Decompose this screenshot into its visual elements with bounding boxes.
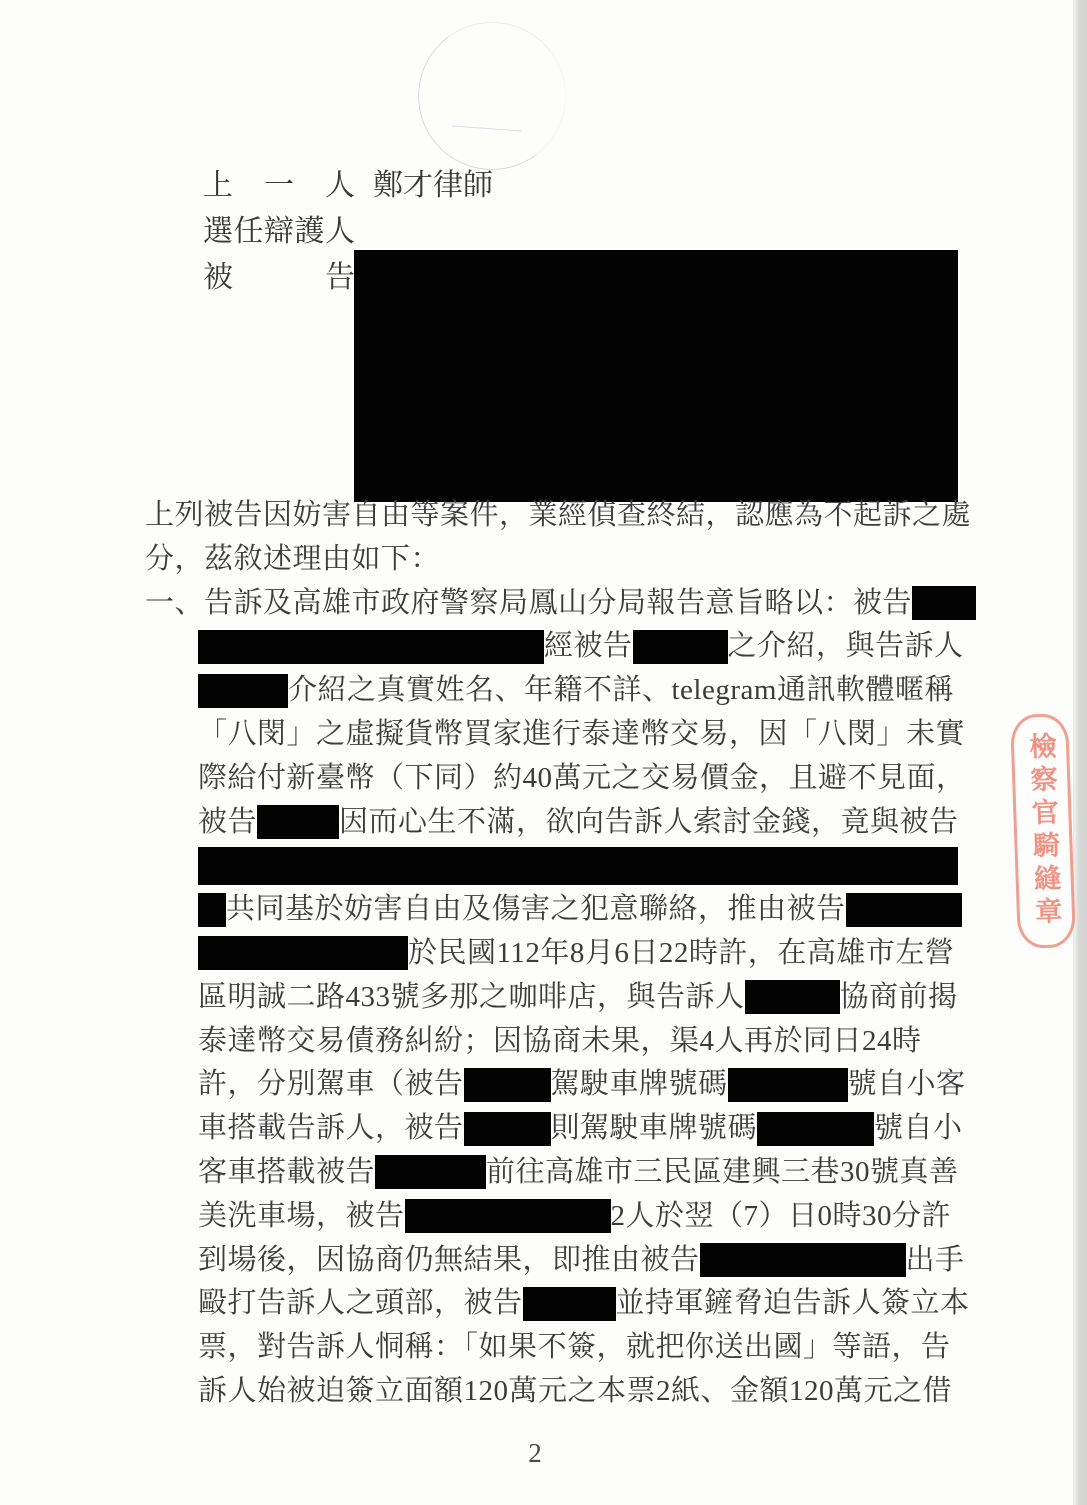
body-text-segment: 於民國112年8月6日22時許，在高雄市左營	[408, 937, 954, 969]
paging-seal-text: 檢察官騎縫章	[1026, 732, 1060, 931]
redaction-box	[257, 805, 339, 839]
body-line: 車搭載告訴人，被告則駕駛車牌號碼號自小	[0, 1107, 1087, 1151]
body-text-segment: 號自小	[874, 1112, 963, 1144]
body-text-segment: 「八閔」之虛擬貨幣買家進行泰達幣交易，因「八閔」未實	[198, 718, 965, 750]
redaction-box	[846, 893, 962, 927]
body-line: 到場後，因協商仍無結果，即推由被告出手	[0, 1239, 1087, 1283]
defense-lawyer-name: 鄭才律師	[373, 163, 493, 209]
body-line: 共同基於妨害自由及傷害之犯意聯絡，推由被告	[0, 888, 1087, 932]
redaction-box	[375, 1155, 486, 1189]
body-text-segment: 因而心生不滿，欲向告訴人索討金錢，竟與被告	[339, 806, 959, 838]
body-line	[0, 844, 1087, 888]
body-text-segment: 車搭載告訴人，被告	[198, 1112, 464, 1144]
redaction-box	[700, 1243, 906, 1277]
body-line: 「八閔」之虛擬貨幣買家進行泰達幣交易，因「八閔」未實	[0, 713, 1087, 757]
body-text-segment: 毆打告訴人之頭部，被告	[198, 1287, 523, 1319]
redaction-box	[464, 1068, 551, 1102]
body-text-segment: 介紹之真實姓名、年籍不詳、telegram通訊軟體暱稱	[288, 674, 954, 706]
body-text-segment: 共同基於妨害自由及傷害之犯意聯絡，推由被告	[226, 893, 846, 925]
redaction-box	[912, 586, 976, 620]
body-line: 於民國112年8月6日22時許，在高雄市左營	[0, 932, 1087, 976]
redaction-box	[728, 1068, 848, 1102]
body-text-segment: 駕駛車牌號碼	[551, 1068, 728, 1100]
body-text-segment: 訴人始被迫簽立面額120萬元之本票2紙、金額120萬元之借	[198, 1375, 952, 1407]
body-text-segment: 出手	[906, 1244, 965, 1276]
party-role-label: 上一人	[203, 163, 355, 209]
party-role-label: 選任辯護人	[203, 209, 355, 255]
redaction-box	[523, 1287, 616, 1321]
party-row-defense-counsel: 選任辯護人	[203, 209, 493, 255]
body-text-segment: 經被告	[544, 630, 633, 662]
body-text-segment: 被告	[198, 806, 257, 838]
body-lines: 上列被告因妨害自由等案件，業經偵查終結，認應為不起訴之處分，茲敘述理由如下：一、…	[0, 494, 1087, 1414]
body-text-segment: 上列被告因妨害自由等案件，業經偵查終結，認應為不起訴之處	[145, 499, 971, 531]
body-text-segment: 之介紹，與告訴人	[728, 630, 964, 662]
body-line: 客車搭載被告前往高雄市三民區建興三巷30號真善	[0, 1151, 1087, 1195]
body-line: 毆打告訴人之頭部，被告並持軍鏟脅迫告訴人簽立本	[0, 1282, 1087, 1326]
redaction-box	[464, 1112, 551, 1146]
redaction-box	[745, 980, 840, 1014]
redaction-box	[633, 630, 728, 664]
party-role-label: 被告	[203, 255, 355, 301]
body-line: 分，茲敘述理由如下：	[0, 538, 1087, 582]
body-text-segment: 區明誠二路433號多那之咖啡店，與告訴人	[198, 981, 745, 1013]
redaction-box	[198, 893, 226, 927]
redaction-box	[198, 847, 958, 885]
body-text-segment: 泰達幣交易債務糾紛；因協商未果，渠4人再於同日24時	[198, 1025, 922, 1057]
body-text-segment: 則駕駛車牌號碼	[551, 1112, 758, 1144]
body-line: 被告因而心生不滿，欲向告訴人索討金錢，竟與被告	[0, 801, 1087, 845]
body-line: 介紹之真實姓名、年籍不詳、telegram通訊軟體暱稱	[0, 669, 1087, 713]
body-text-segment: 到場後，因協商仍無結果，即推由被告	[198, 1244, 700, 1276]
body-line: 一、告訴及高雄市政府警察局鳳山分局報告意旨略以：被告	[0, 582, 1087, 626]
body-text-segment: 2人於翌（7）日0時30分許	[611, 1200, 952, 1232]
paging-seal: 檢察官騎縫章	[1010, 713, 1076, 949]
body-text-segment: 一、告訴及高雄市政府警察局鳳山分局報告意旨略以：被告	[145, 587, 912, 619]
body-text-segment: 美洗車場，被告	[198, 1200, 405, 1232]
body-line: 許，分別駕車（被告駕駛車牌號碼號自小客	[0, 1063, 1087, 1107]
document-page: 上一人鄭才律師 選任辯護人 被告 上列被告因妨害自由等案件，業經偵查終結，認應為…	[0, 0, 1087, 1505]
redaction-box	[198, 936, 408, 970]
body-text-segment: 分，茲敘述理由如下：	[145, 543, 440, 575]
body-line: 區明誠二路433號多那之咖啡店，與告訴人協商前揭	[0, 976, 1087, 1020]
body-line: 上列被告因妨害自由等案件，業經偵查終結，認應為不起訴之處	[0, 494, 1087, 538]
body-text-segment: 際給付新臺幣（下同）約40萬元之交易價金，且避不見面，	[198, 762, 966, 794]
body-line: 泰達幣交易債務糾紛；因協商未果，渠4人再於同日24時	[0, 1020, 1087, 1064]
body-text-segment: 號自小客	[848, 1068, 966, 1100]
body-text-segment: 票，對告訴人恫稱：「如果不簽，就把你送出國」等語，告	[198, 1331, 951, 1363]
redaction-box	[198, 630, 544, 664]
body-text-segment: 客車搭載被告	[198, 1156, 375, 1188]
body-text-segment: 協商前揭	[840, 981, 958, 1013]
body-text-segment: 許，分別駕車（被告	[198, 1068, 464, 1100]
faint-round-stamp-icon	[408, 12, 575, 179]
redaction-box	[198, 674, 288, 708]
body-line: 訴人始被迫簽立面額120萬元之本票2紙、金額120萬元之借	[0, 1370, 1087, 1414]
redaction-block-defendants	[354, 250, 958, 502]
page-number: 2	[0, 1438, 1070, 1469]
body-line: 美洗車場，被告2人於翌（7）日0時30分許	[0, 1195, 1087, 1239]
redaction-box	[757, 1112, 874, 1146]
redaction-box	[405, 1199, 611, 1233]
body-line: 票，對告訴人恫稱：「如果不簽，就把你送出國」等語，告	[0, 1326, 1087, 1370]
body-text-segment: 並持軍鏟脅迫告訴人簽立本	[616, 1287, 970, 1319]
party-row-same-person: 上一人鄭才律師	[203, 163, 493, 209]
body-text-segment: 前往高雄市三民區建興三巷30號真善	[486, 1156, 959, 1188]
body-line: 經被告之介紹，與告訴人	[0, 625, 1087, 669]
body-line: 際給付新臺幣（下同）約40萬元之交易價金，且避不見面，	[0, 757, 1087, 801]
